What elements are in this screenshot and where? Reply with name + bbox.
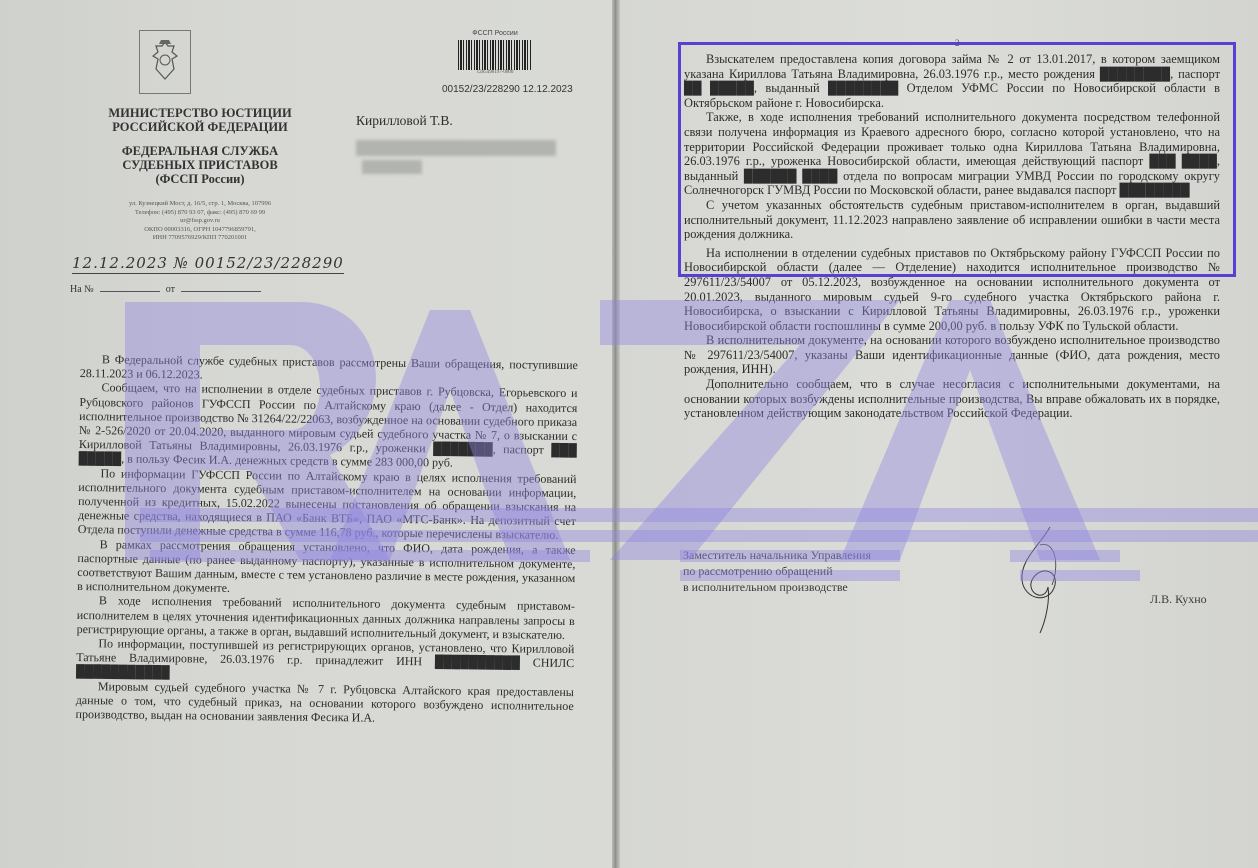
signatory-title: Заместитель начальника Управления по рас…	[683, 547, 871, 595]
handwritten-date-number: 12.12.2023 № 00152/23/228290	[72, 254, 344, 274]
redacted-address	[362, 160, 422, 174]
paragraph: По информации ГУФССП России по Алтайском…	[78, 466, 577, 543]
signature-icon	[1010, 525, 1080, 640]
address-line: ИНН 7709576929/КПП 770201001	[70, 234, 330, 243]
ministry-line-1: МИНИСТЕРСТВО ЮСТИЦИИ	[70, 106, 330, 120]
redacted-address	[356, 140, 556, 156]
na-no-label: На №	[70, 284, 94, 295]
address-line: ул. Кузнецкий Мост, д. 16/5, стр. 1, Мос…	[70, 200, 330, 209]
registration-number: 00152/23/228290 12.12.2023	[442, 84, 573, 95]
barcode-label: ФССП России	[440, 30, 550, 37]
paragraph: Сообщаем, что на исполнении в отделе суд…	[79, 380, 578, 471]
page-fold	[612, 0, 620, 868]
paragraph: По информации, поступившей из регистриру…	[76, 636, 574, 685]
paragraph: В ходе исполнения требований исполнитель…	[77, 593, 575, 642]
address-line: Телефон: (495) 870 93 07, факс: (495) 87…	[70, 209, 330, 218]
address-line: ОКПО 00003316, ОГРН 1047796859791,	[70, 226, 330, 235]
paragraph: Мировым судьей судебного участка № 7 г. …	[75, 679, 573, 728]
paragraph: Дополнительно сообщаем, что в случае нес…	[684, 377, 1220, 421]
address-line: ur@fssp.gov.ru	[70, 217, 330, 226]
service-line-3: (ФССП России)	[70, 172, 330, 186]
highlight-frame	[678, 42, 1236, 277]
issuer-header: МИНИСТЕРСТВО ЮСТИЦИИ РОССИЙСКОЙ ФЕДЕРАЦИ…	[70, 106, 330, 186]
signatory-title-line: Заместитель начальника Управления	[683, 547, 871, 563]
ministry-line-2: РОССИЙСКОЙ ФЕДЕРАЦИИ	[70, 120, 330, 134]
issuer-address: ул. Кузнецкий Мост, д. 16/5, стр. 1, Мос…	[70, 200, 330, 243]
barcode-block: ФССП России 1285498197-0000	[440, 30, 550, 75]
signatory-title-line: по рассмотрению обращений	[683, 563, 871, 579]
ot-label: от	[166, 284, 175, 295]
reference-line: На №от	[70, 284, 261, 295]
addressee: Кирилловой Т.В.	[356, 113, 453, 129]
signatory-title-line: в исполнительном производстве	[683, 579, 871, 595]
barcode-digits: 1285498197-0000	[440, 70, 550, 75]
service-line-2: СУДЕБНЫХ ПРИСТАВОВ	[70, 158, 330, 172]
barcode-icon	[458, 40, 532, 70]
signatory-name: Л.В. Кухно	[1150, 592, 1207, 607]
paragraph: В рамках рассмотрения обращения установл…	[77, 537, 576, 600]
letter-body-page-1: В Федеральной службе судебных приставов …	[75, 352, 577, 727]
service-line-1: ФЕДЕРАЛЬНАЯ СЛУЖБА	[70, 144, 330, 158]
coat-of-arms-icon	[139, 30, 191, 94]
paragraph: В исполнительном документе, на основании…	[684, 333, 1220, 377]
